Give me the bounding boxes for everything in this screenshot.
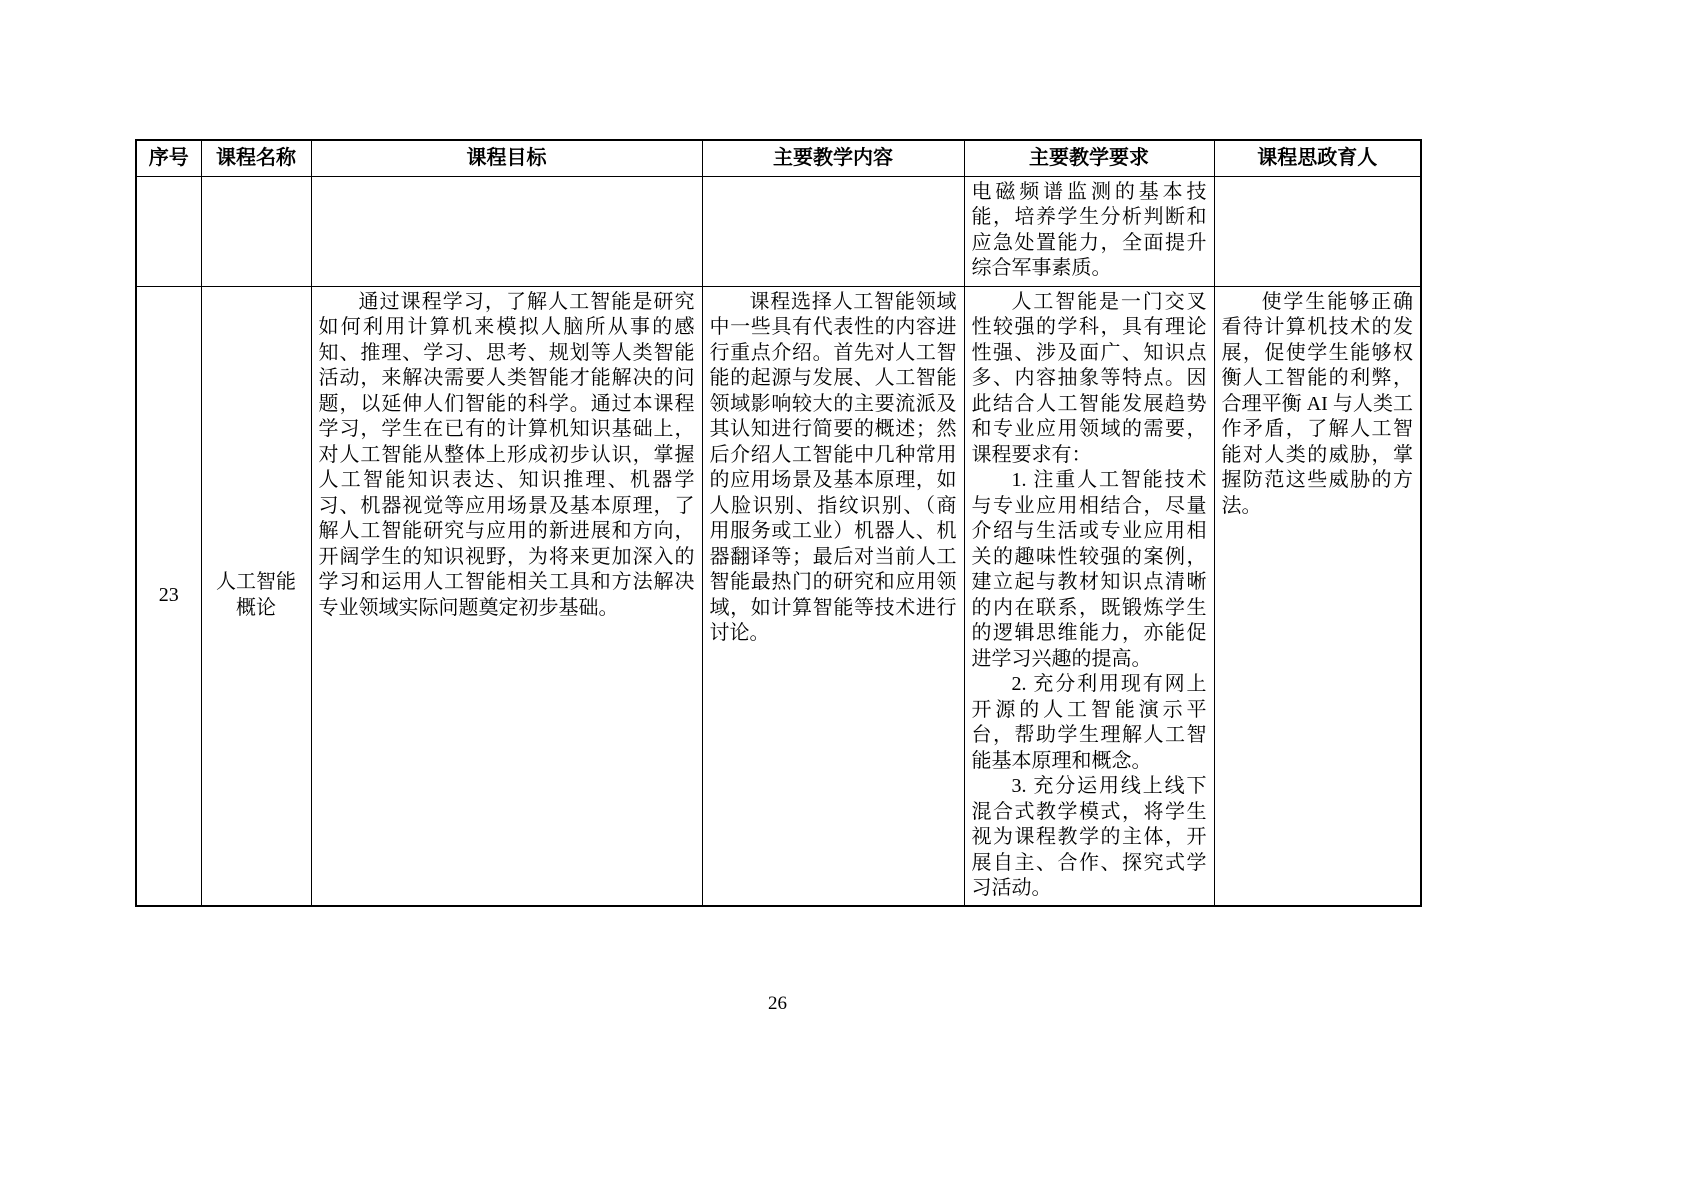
col-header-course-name: 课程名称 — [201, 140, 311, 176]
page-number: 26 — [135, 993, 1420, 1015]
cell-teaching-content: 课程选择人工智能领域中一些具有代表性的内容进行重点介绍。首先对人工智能的起源与发… — [702, 286, 964, 906]
cell-content-empty — [702, 176, 964, 286]
document-page: 序号 课程名称 课程目标 主要教学内容 主要教学要求 课程思政育人 电磁频谱监测… — [0, 0, 1684, 1191]
cell-course-objectives: 通过课程学习，了解人工智能是研究如何利用计算机来模拟人脑所从事的感知、推理、学习… — [311, 286, 702, 906]
cell-ideology-empty — [1214, 176, 1421, 286]
cell-course-name: 人工智能概论 — [201, 286, 311, 906]
cell-teaching-requirements: 人工智能是一门交叉性较强的学科，具有理论性强、涉及面广、知识点多、内容抽象等特点… — [964, 286, 1214, 906]
requirements-continuation-text: 电磁频谱监测的基本技能，培养学生分析判断和应急处置能力，全面提升综合军事素质。 — [972, 180, 1207, 282]
col-header-teaching-requirements: 主要教学要求 — [964, 140, 1214, 176]
course-objectives-text: 通过课程学习，了解人工智能是研究如何利用计算机来模拟人脑所从事的感知、推理、学习… — [319, 290, 695, 622]
col-header-ideology-education: 课程思政育人 — [1214, 140, 1421, 176]
teaching-content-text: 课程选择人工智能领域中一些具有代表性的内容进行重点介绍。首先对人工智能的起源与发… — [710, 290, 957, 647]
col-header-course-objectives: 课程目标 — [311, 140, 702, 176]
table-header-row: 序号 课程名称 课程目标 主要教学内容 主要教学要求 课程思政育人 — [136, 140, 1421, 176]
col-header-teaching-content: 主要教学内容 — [702, 140, 964, 176]
cell-name-empty — [201, 176, 311, 286]
course-syllabus-table: 序号 课程名称 课程目标 主要教学内容 主要教学要求 课程思政育人 电磁频谱监测… — [135, 139, 1422, 907]
ideology-education-text: 使学生能够正确看待计算机技术的发展，促使学生能够权衡人工智能的利弊，合理平衡 A… — [1222, 290, 1414, 520]
col-header-seq-number: 序号 — [136, 140, 201, 176]
table-row-23: 23 人工智能概论 通过课程学习，了解人工智能是研究如何利用计算机来模拟人脑所从… — [136, 286, 1421, 906]
teaching-requirements-intro: 人工智能是一门交叉性较强的学科，具有理论性强、涉及面广、知识点多、内容抽象等特点… — [972, 290, 1207, 469]
table-row-continuation: 电磁频谱监测的基本技能，培养学生分析判断和应急处置能力，全面提升综合军事素质。 — [136, 176, 1421, 286]
cell-seq-number: 23 — [136, 286, 201, 906]
cell-seq-empty — [136, 176, 201, 286]
teaching-requirements-item-2: 2. 充分利用现有网上开源的人工智能演示平台，帮助学生理解人工智能基本原理和概念… — [972, 672, 1207, 774]
cell-objectives-empty — [311, 176, 702, 286]
teaching-requirements-item-1: 1. 注重人工智能技术与专业应用相结合，尽量介绍与生活或专业应用相关的趣味性较强… — [972, 468, 1207, 672]
cell-ideology-education: 使学生能够正确看待计算机技术的发展，促使学生能够权衡人工智能的利弊，合理平衡 A… — [1214, 286, 1421, 906]
cell-requirements-continuation: 电磁频谱监测的基本技能，培养学生分析判断和应急处置能力，全面提升综合军事素质。 — [964, 176, 1214, 286]
teaching-requirements-item-3: 3. 充分运用线上线下混合式教学模式，将学生视为课程教学的主体，开展自主、合作、… — [972, 774, 1207, 902]
